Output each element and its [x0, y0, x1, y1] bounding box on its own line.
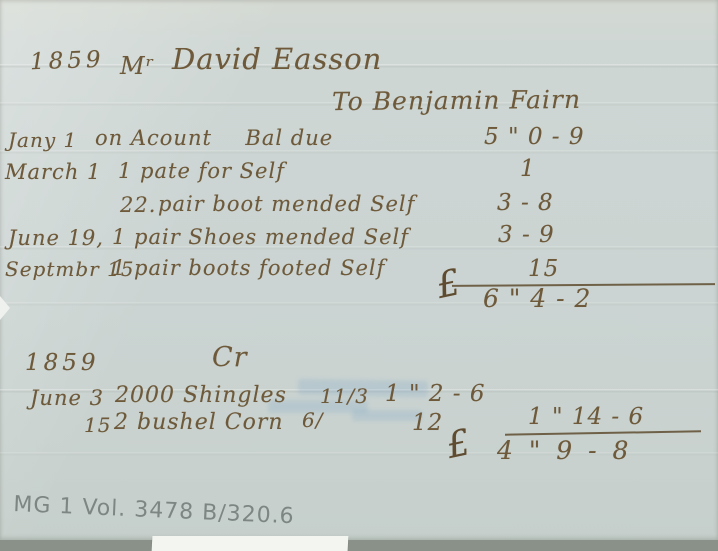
entry-date: Jany 1	[8, 128, 77, 152]
fold-crease	[0, 302, 718, 306]
entry-amount: 1 " 14 - 6	[528, 404, 644, 430]
pound-sign: £	[433, 262, 465, 307]
pound-sign: £	[443, 422, 475, 467]
entry-desc: 2 bushel Corn	[114, 410, 284, 435]
credit-year: 1859	[25, 350, 100, 376]
sum-rule	[505, 430, 701, 435]
debit-year: 1859	[30, 47, 105, 76]
total-amount: 4 " 9 - 8	[497, 436, 632, 465]
creditor-line: To Benjamin Fairn	[332, 85, 581, 116]
scanner-background	[0, 540, 718, 551]
entry-rate: 11/3	[320, 384, 369, 408]
entry-amount: 3 - 9	[498, 222, 555, 248]
entry-desc: 2000 Shingles	[115, 383, 287, 408]
entry-desc: 1 pair Shoes mended Self	[112, 225, 409, 249]
entry-desc: 1 pair boots footed Self	[112, 256, 385, 280]
debtor-name: David Easson	[172, 42, 382, 76]
entry-date: June 19,	[8, 226, 104, 250]
entry-date: June 3	[30, 386, 104, 410]
entry-desc: pair boot mended Self	[158, 192, 415, 216]
entry-subtotal: 12	[412, 410, 443, 436]
entry-amount: 5 " 0 - 9	[484, 124, 585, 150]
paper-tear	[0, 296, 10, 320]
entry-amount: 15	[528, 256, 559, 282]
total-amount: 6 " 4 - 2	[483, 284, 591, 313]
entry-amount: 1 " 2 - 6	[385, 381, 486, 407]
entry-desc: on Acount Bal due	[95, 126, 333, 150]
entry-rate: 6/	[302, 408, 323, 432]
credit-heading: Cr	[212, 342, 248, 373]
entry-amount: 3 - 8	[497, 190, 554, 216]
paper-fragment	[152, 536, 349, 551]
salutation: Mʳ	[120, 52, 155, 80]
entry-amount: 1	[520, 156, 536, 182]
fold-crease	[0, 150, 718, 154]
paper-sheet: 1859 Mʳ David Easson To Benjamin Fairn J…	[0, 0, 718, 540]
entry-date: March 1	[5, 160, 101, 184]
entry-date: 15	[84, 413, 111, 437]
entry-date: 22.	[120, 193, 156, 217]
archive-annotation: MG 1 Vol. 3478 B/320.6	[13, 492, 295, 529]
document-scan: 1859 Mʳ David Easson To Benjamin Fairn J…	[0, 0, 718, 551]
entry-desc: 1 pate for Self	[118, 159, 285, 183]
